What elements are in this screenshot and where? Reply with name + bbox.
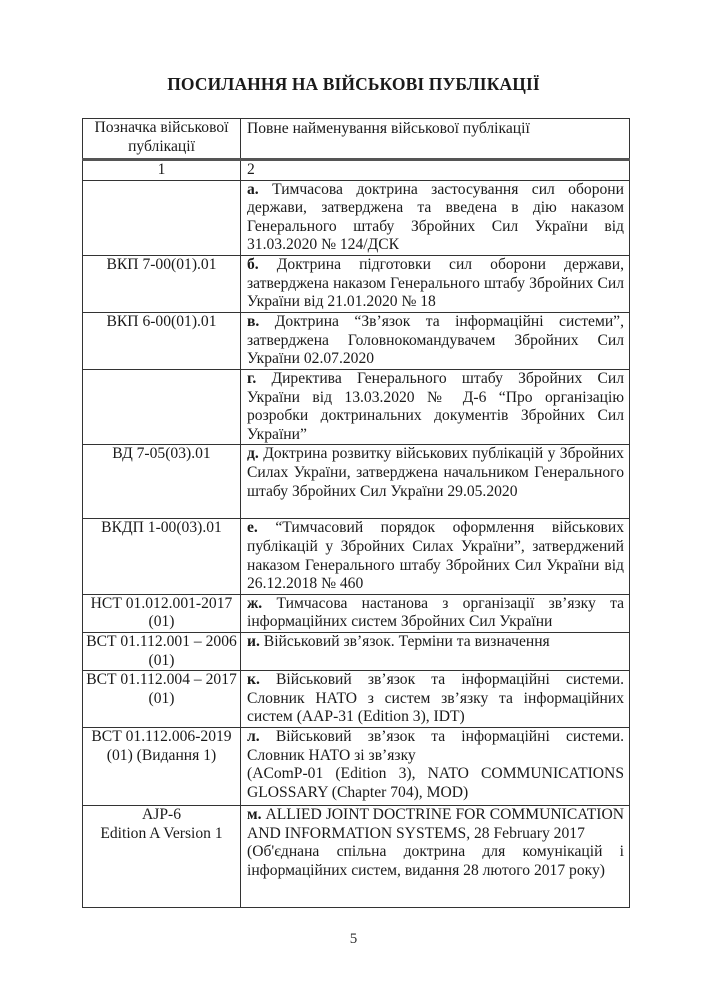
item-text: Доктрина розвитку військових публікацій …: [247, 445, 624, 499]
table-row: ВСТ 01.112.004 – 2017 (01) к. Військовий…: [83, 671, 630, 728]
item-label: л.: [247, 728, 260, 745]
item-label: а.: [247, 181, 259, 198]
publication-code: ВД 7-05(03).01: [83, 445, 241, 519]
publication-code: ВСТ 01.112.006-2019 (01) (Видання 1): [83, 728, 241, 806]
table-row: ВКП 7-00(01).01 б. Доктрина підготовки с…: [83, 255, 630, 312]
item-text: Доктрина підготовки сил оборони держави,…: [247, 256, 624, 310]
table-header-row: Позначка військової публікації Повне най…: [83, 119, 630, 160]
item-text: Тимчасова настанова з організації зв’язк…: [247, 595, 624, 631]
table-row: ВКП 6-00(01).01 в. Доктрина “Зв’язок та …: [83, 312, 630, 369]
code-line: Edition A Version 1: [86, 825, 237, 844]
publication-title: а. Тимчасова доктрина застосування сил о…: [241, 180, 630, 255]
item-label: д.: [247, 445, 259, 462]
publication-title: ж. Тимчасова настанова з організації зв’…: [241, 594, 630, 632]
item-label: к.: [247, 671, 260, 688]
table-row: а. Тимчасова доктрина застосування сил о…: [83, 180, 630, 255]
table-row: г. Директива Генерального штабу Збройних…: [83, 369, 630, 444]
publication-title: е. “Тимчасовий порядок оформлення військ…: [241, 519, 630, 594]
publication-title: и. Військовий зв’язок. Терміни та визнач…: [241, 632, 630, 670]
item-label: в.: [247, 313, 259, 330]
header-designation: Позначка військової публікації: [83, 119, 241, 160]
publication-title: м. ALLIED JOINT DOCTRINE FOR COMMUNICATI…: [241, 806, 630, 908]
table-row: ВКДП 1-00(03).01 е. “Тимчасовий порядок …: [83, 519, 630, 594]
publication-title: в. Доктрина “Зв’язок та інформаційні сис…: [241, 312, 630, 369]
publications-table: Позначка військової публікації Повне най…: [82, 118, 630, 908]
item-text: Військовий зв’язок. Терміни та визначенн…: [264, 633, 550, 650]
item-text: Доктрина “Зв’язок та інформаційні систем…: [247, 313, 624, 367]
publication-code: [83, 369, 241, 444]
item-label: м.: [247, 806, 262, 823]
code-line: AJP-6: [86, 806, 237, 825]
item-text: Тимчасова доктрина застосування сил обор…: [247, 181, 624, 254]
publication-code: AJP-6 Edition A Version 1: [83, 806, 241, 908]
table-row: ВСТ 01.112.006-2019 (01) (Видання 1) л. …: [83, 728, 630, 806]
table-row: ВД 7-05(03).01 д. Доктрина розвитку війс…: [83, 445, 630, 519]
item-text: “Тимчасовий порядок оформлення військови…: [247, 519, 624, 592]
publication-code: ВКДП 1-00(03).01: [83, 519, 241, 594]
header-full-name: Повне найменування військової публікації: [241, 119, 630, 160]
publication-title: л. Військовий зв’язок та інформаційні си…: [241, 728, 630, 806]
item-label: и.: [247, 633, 260, 650]
publication-code: ВКП 7-00(01).01: [83, 255, 241, 312]
item-text-line: (Об'єднана спільна доктрина для комуніка…: [247, 843, 624, 880]
column-number-row: 1 2: [83, 160, 630, 181]
item-label: е.: [247, 519, 258, 536]
publication-title: к. Військовий зв’язок та інформаційні си…: [241, 671, 630, 728]
column-number-1: 1: [83, 160, 241, 181]
item-text: Військовий зв’язок та інформаційні систе…: [247, 671, 624, 725]
table-row: ВСТ 01.112.001 – 2006 (01) и. Військовий…: [83, 632, 630, 670]
page-title: ПОСИЛАННЯ НА ВІЙСЬКОВІ ПУБЛІКАЦІЇ: [0, 74, 707, 95]
publication-title: г. Директива Генерального штабу Збройних…: [241, 369, 630, 444]
publication-code: [83, 180, 241, 255]
publication-code: НСТ 01.012.001-2017 (01): [83, 594, 241, 632]
item-label: г.: [247, 370, 256, 387]
publication-title: д. Доктрина розвитку військових публікац…: [241, 445, 630, 519]
publication-code: ВСТ 01.112.004 – 2017 (01): [83, 671, 241, 728]
table-row: НСТ 01.012.001-2017 (01) ж. Тимчасова на…: [83, 594, 630, 632]
publication-code: ВСТ 01.112.001 – 2006 (01): [83, 632, 241, 670]
item-text-line: м. ALLIED JOINT DOCTRINE FOR COMMUNICATI…: [247, 806, 624, 843]
item-label: ж.: [247, 595, 262, 612]
item-label: б.: [247, 256, 259, 273]
item-text-line: (AComP-01 (Edition 3), NATO COMMUNICATIO…: [247, 765, 624, 802]
publication-code: ВКП 6-00(01).01: [83, 312, 241, 369]
table-row: AJP-6 Edition A Version 1 м. ALLIED JOIN…: [83, 806, 630, 908]
item-text-line: л. Військовий зв’язок та інформаційні си…: [247, 728, 624, 765]
page-number: 5: [0, 931, 707, 948]
publication-title: б. Доктрина підготовки сил оборони держа…: [241, 255, 630, 312]
column-number-2: 2: [241, 160, 630, 181]
item-text: Директива Генерального штабу Збройних Си…: [247, 370, 624, 443]
